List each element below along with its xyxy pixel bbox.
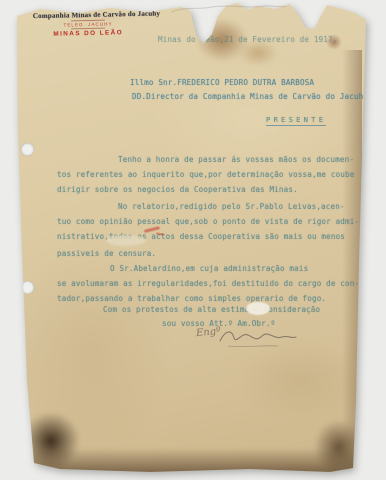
paragraph2-line1: No relatorio,redigido pelo Sr.Pablo Leiv… <box>118 202 345 211</box>
pencil-annotation <box>168 0 288 20</box>
paragraph1-line1: Tenho a honra de passar ás vossas mãos o… <box>118 155 354 164</box>
paragraph1-line3: dirigir sobre os negocios da Cooperativa… <box>57 185 298 194</box>
paragraph3-line3: tador,passando a trabalhar como simples … <box>57 294 326 303</box>
paragraph3-line2: se avolumaram as irregularidades,foi des… <box>57 279 359 288</box>
paragraph2-line4: passiveis de censura. <box>57 249 156 258</box>
letterhead: Companhia Minas de Carvão do Jacuhy TELE… <box>33 10 144 38</box>
right-edge-shadow <box>342 50 362 470</box>
paragraph1-line2: tos referentes ao inquerito que,por dete… <box>57 170 354 179</box>
letter-paper-sheet: Companhia Minas de Carvão do Jacuhy TELE… <box>0 0 386 480</box>
punch-hole <box>21 281 34 294</box>
closing-line1: Com os protestos de alta estima e consid… <box>103 305 320 314</box>
company-location: MINAS DO LEÃO <box>33 29 143 38</box>
paragraph2-line3: nistrativo,todos os actos dessa Cooperat… <box>57 232 345 241</box>
paper-shadow-wrap: Companhia Minas de Carvão do Jacuhy TELE… <box>0 0 386 480</box>
addressee-title: DD.Director da Companhia Minas de Carvão… <box>132 92 368 101</box>
paragraph2-line2: tuo como opinião pessoal que,sob o ponto… <box>57 217 359 226</box>
punch-hole <box>21 143 34 156</box>
salutation-presente: PRESENTE <box>266 115 326 126</box>
addressee-name: Illmo Snr.FREDERICO PEDRO DUTRA BARBOSA <box>130 78 314 87</box>
scanned-letter-page: Companhia Minas de Carvão do Jacuhy TELE… <box>0 0 386 480</box>
bottom-right-stain <box>314 420 364 474</box>
bottom-left-burn-stain <box>22 412 80 470</box>
signature-flourish <box>218 326 298 350</box>
company-name: Companhia Minas de Carvão do Jacuhy <box>33 10 143 20</box>
dateline: Minas do Leão,21 de Fevereiro de 1917. <box>158 35 337 44</box>
bottom-edge-shadow <box>28 448 356 474</box>
paragraph3-line1: O Sr.Abelardino,em cuja administração ma… <box>110 264 308 273</box>
